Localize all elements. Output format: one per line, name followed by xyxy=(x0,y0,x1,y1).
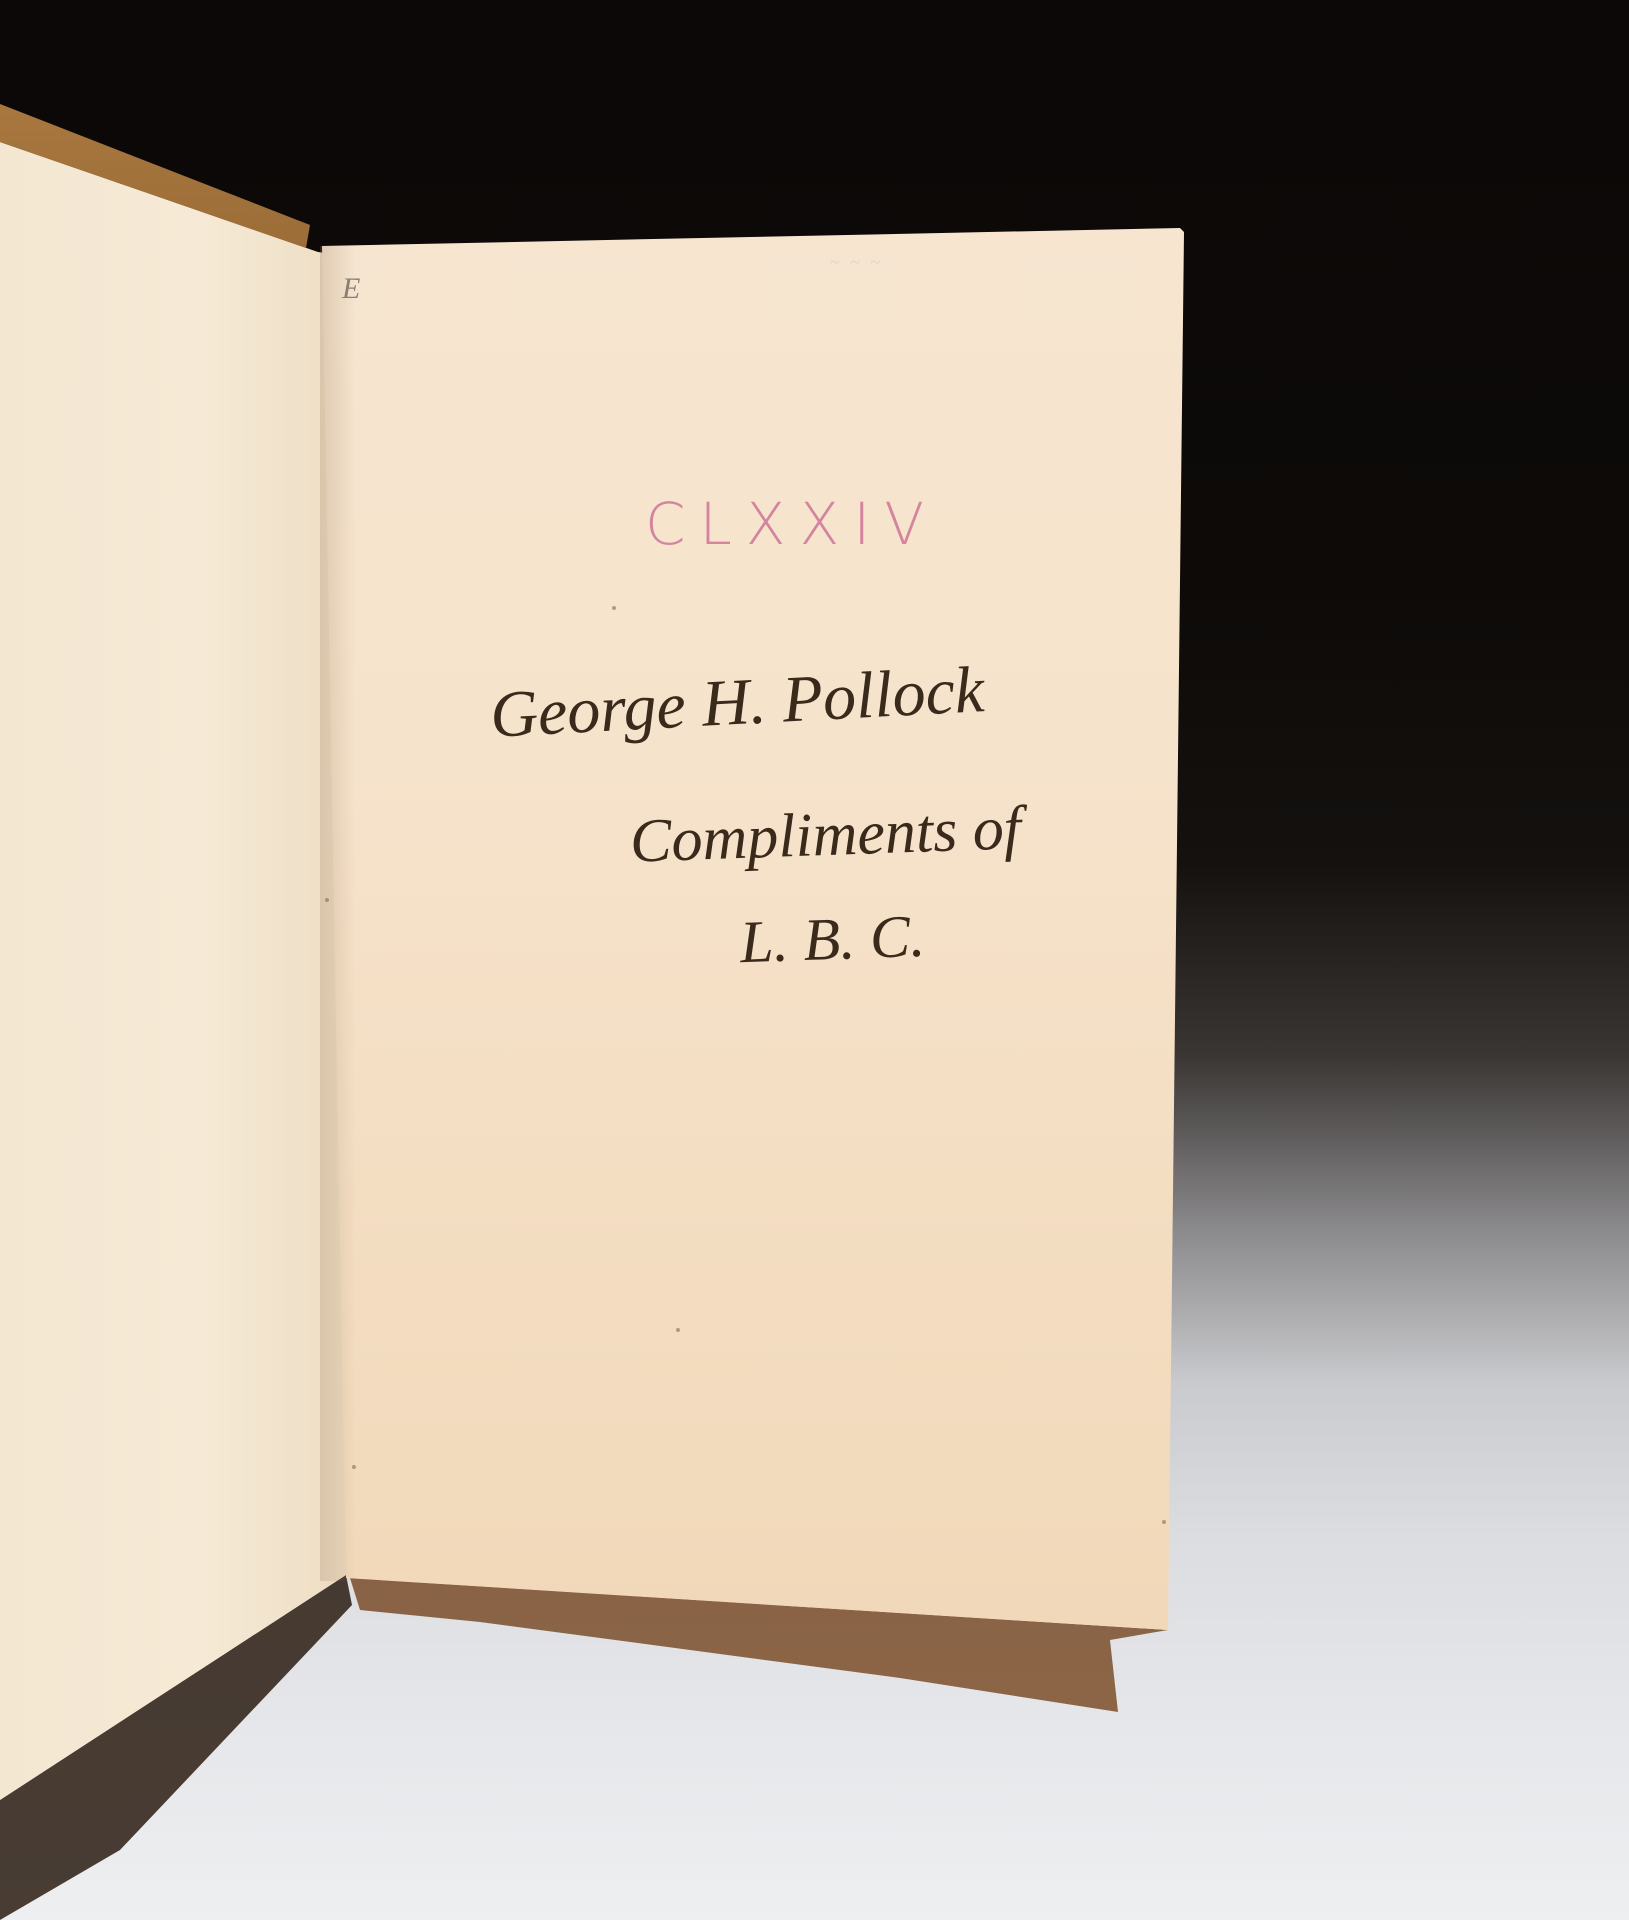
library-number: CLXXIV xyxy=(645,490,938,558)
faint-stamp-mark: ~ ~ ~ xyxy=(830,252,883,273)
book-photo: E ~ ~ ~ CLXXIV George H. Pollock Complim… xyxy=(0,0,1629,1920)
gutter xyxy=(320,246,356,1581)
inscription-dedication: Compliments of xyxy=(629,793,1022,878)
pencil-mark: E xyxy=(342,272,360,306)
inscription-initials: L. B. C. xyxy=(739,902,926,977)
